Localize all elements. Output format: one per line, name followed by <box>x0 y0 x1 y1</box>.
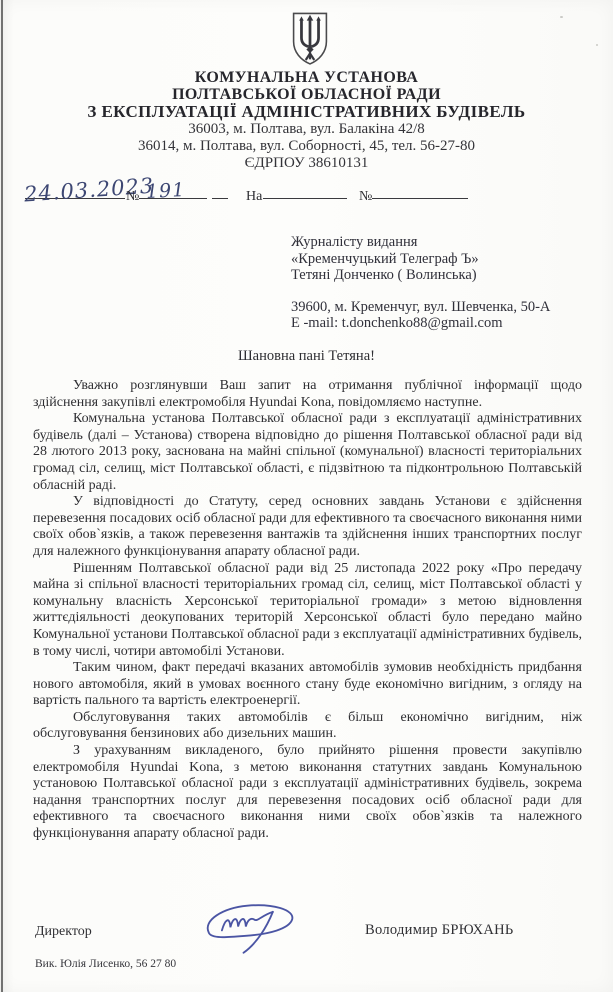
letter-body: Уважно розглянувши Ваш запит на отриманн… <box>33 378 582 843</box>
body-paragraph: У відповідності до Статуту, серед основн… <box>33 494 582 560</box>
recipient-publication: «Кременчуцький Телеграф Ъ» <box>291 251 581 268</box>
ukraine-trident-emblem-icon <box>289 11 331 67</box>
handwritten-number: 191 <box>145 179 185 203</box>
signer-name: Володимир БРЮХАНЬ <box>365 922 514 939</box>
scan-speck <box>596 44 598 46</box>
recipient-address: 39600, м. Кременчуг, вул. Шевченка, 50-А <box>291 299 581 316</box>
recipient-name: Тетяні Донченко ( Волинська) <box>291 267 581 284</box>
body-paragraph: Комунальна установа Полтавської обласної… <box>33 411 582 494</box>
scanned-letter-page: КОМУНАЛЬНА УСТАНОВА ПОЛТАВСЬКОЇ ОБЛАСНОЇ… <box>0 0 613 992</box>
number2-underline <box>372 176 468 199</box>
reference-line: 24.03.2023 № 191 На № <box>0 176 613 210</box>
body-paragraph: Таким чином, факт передачі вказаних авто… <box>33 660 582 710</box>
org-name-line3: З ЕКСПЛУАТАЦІЇ АДМІНІСТРАТИВНИХ БУДІВЕЛЬ <box>0 102 613 122</box>
executor-note: Вик. Юлія Лисенко, 56 27 80 <box>35 958 176 970</box>
org-address-line2: 36014, м. Полтава, вул. Соборності, 45, … <box>0 138 613 155</box>
recipient-email: Е -mail: t.donchenko88@gmail.com <box>291 315 581 332</box>
number-underline-dash <box>212 176 228 199</box>
number-label: № <box>126 189 139 205</box>
recipient-role: Журналісту видання <box>291 234 581 251</box>
body-paragraph: Уважно розглянувши Ваш запит на отриманн… <box>33 378 582 411</box>
body-paragraph: Рішенням Полтавської обласної ради від 2… <box>33 561 582 661</box>
number2-label: № <box>359 189 372 205</box>
scan-speck <box>330 618 333 620</box>
scan-speck <box>560 16 563 18</box>
body-paragraph: Обслуговування таких автомобілів є більш… <box>33 710 582 743</box>
handwritten-signature <box>198 892 306 958</box>
body-paragraph: З урахуванням викладеного, було прийнято… <box>33 743 582 843</box>
na-label: На <box>246 189 262 205</box>
recipient-block: Журналісту видання «Кременчуцький Телегр… <box>291 234 581 332</box>
org-name-line1: КОМУНАЛЬНА УСТАНОВА <box>0 69 613 87</box>
org-edrpou-line: ЄДРПОУ 38610131 <box>0 155 613 172</box>
org-address-line1: 36003, м. Полтава, вул. Балакіна 42/8 <box>0 121 613 138</box>
recipient-gap <box>291 284 581 299</box>
signer-title: Директор <box>35 924 92 940</box>
salutation: Шановна пані Тетяна! <box>0 348 613 365</box>
na-underline <box>263 176 347 199</box>
